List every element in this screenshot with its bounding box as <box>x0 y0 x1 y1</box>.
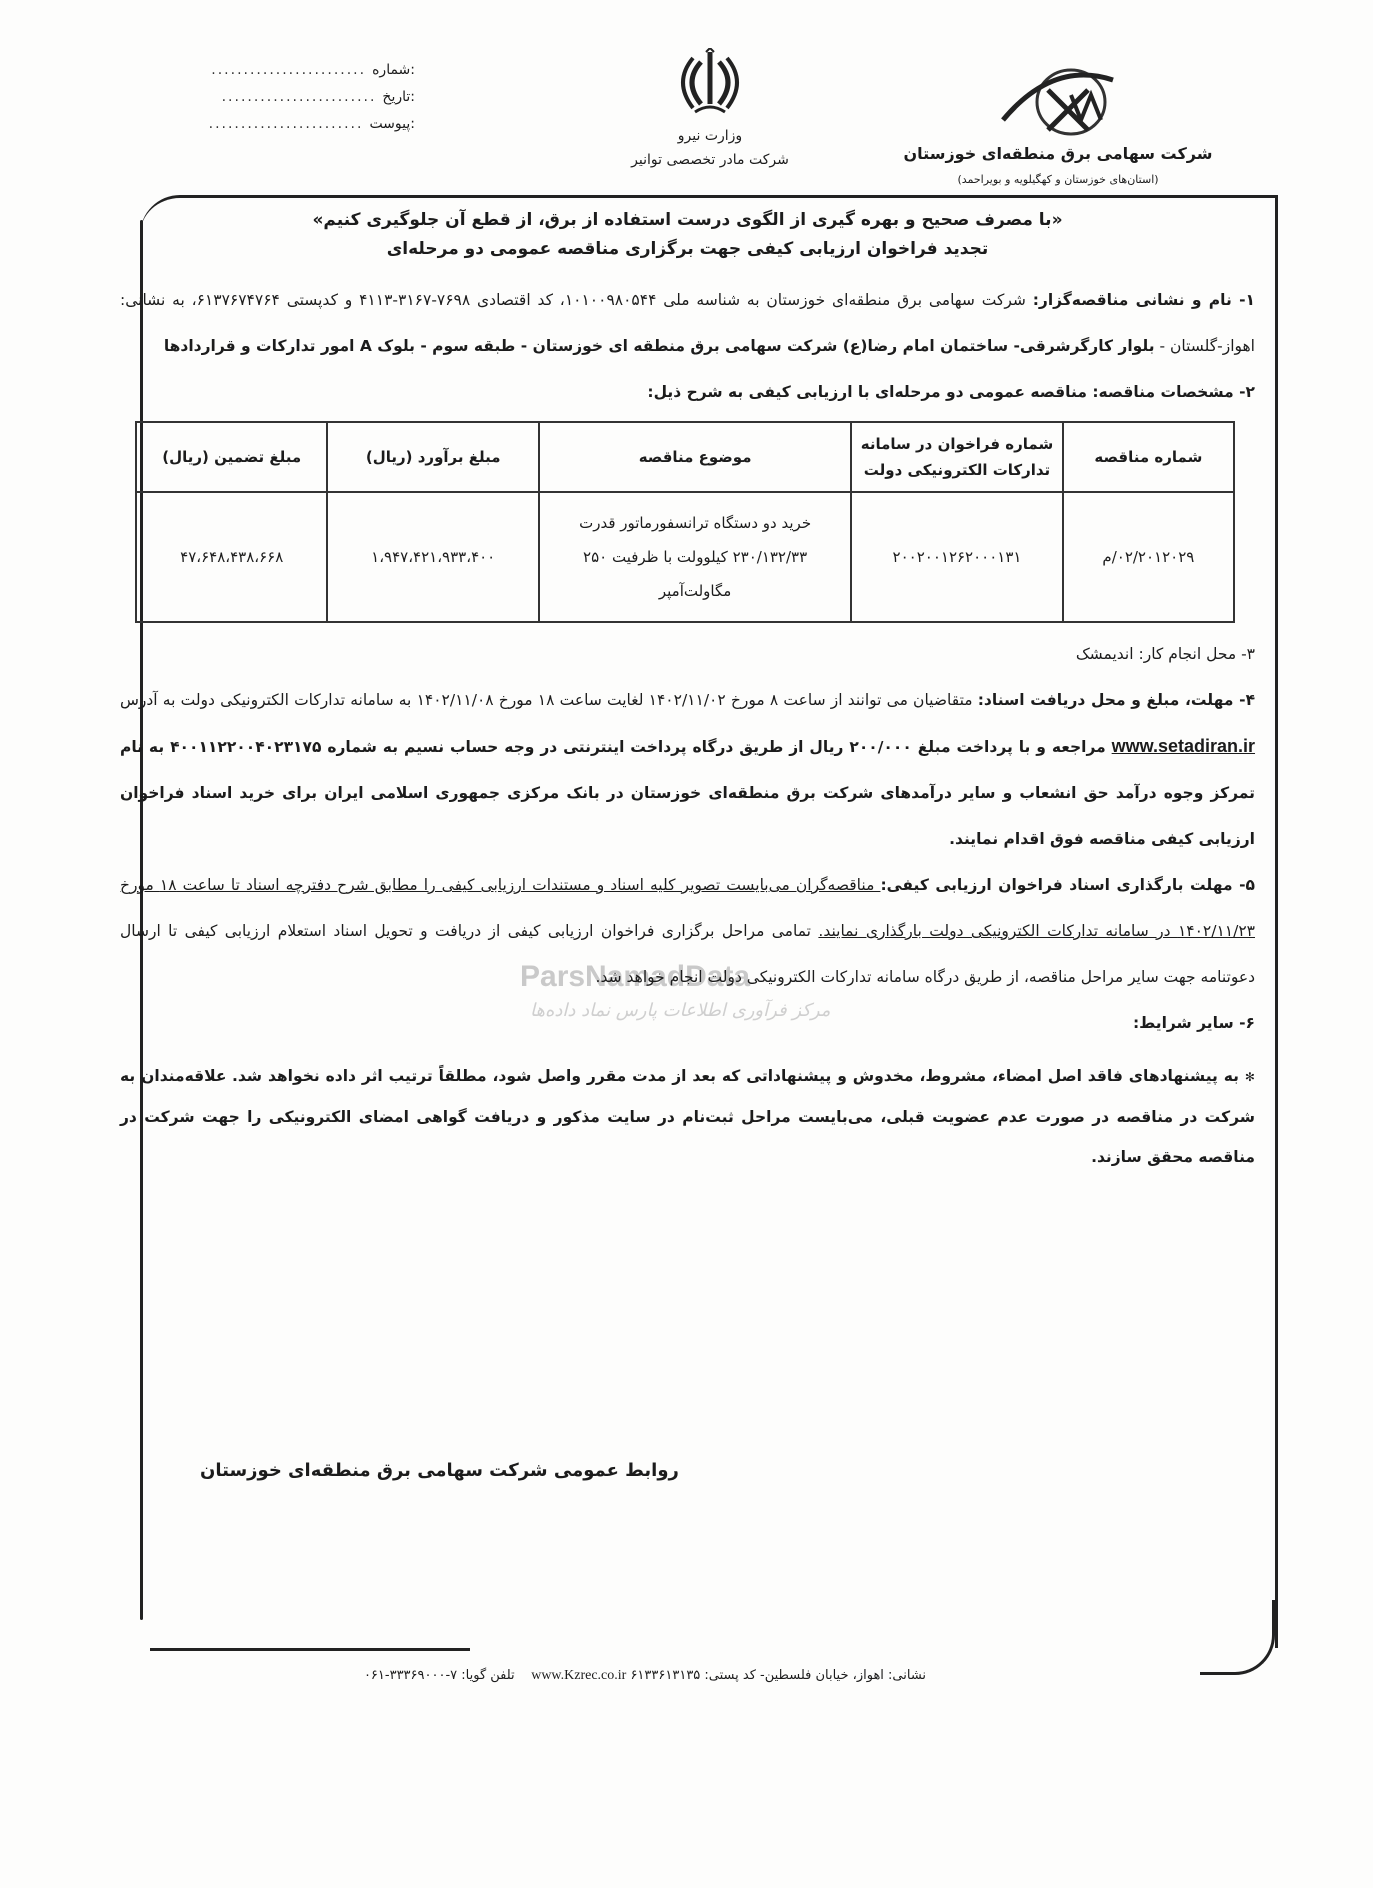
header-estimate: مبلغ برآورد (ریال) <box>327 422 539 492</box>
section-5-upload: ۵- مهلت بارگذاری اسناد فراخوان ارزیابی ک… <box>120 862 1255 1000</box>
guarantee-cell: ۴۷،۶۴۸،۴۳۸،۶۶۸ <box>136 492 327 622</box>
section-2-specs: ۲- مشخصات مناقصه: مناقصه عمومی دو مرحله‌… <box>120 369 1255 415</box>
header-subject: موضوع مناقصه <box>539 422 851 492</box>
page-title: تجدید فراخوان ارزیابی کیفی جهت برگزاری م… <box>120 235 1255 263</box>
letter-reference-fields: :شماره ........................ :تاریخ .… <box>175 62 415 143</box>
footer-contact: نشانی: اهواز، خیابان فلسطین- کد پستی: ۶۱… <box>245 1668 1045 1684</box>
iran-emblem-icon <box>679 48 741 120</box>
table-row: ۰۲/۲۰۱۲۰۲۹/م ۲۰۰۲۰۰۱۲۶۲۰۰۰۱۳۱ خرید دو دس… <box>136 492 1234 622</box>
footer-address: نشانی: اهواز، خیابان فلسطین- کد پستی: ۶۱… <box>630 1668 926 1683</box>
signature: روابط عمومی شرکت سهامی برق منطقه‌ای خوزس… <box>200 1460 679 1481</box>
call-number-cell: ۲۰۰۲۰۰۱۲۶۲۰۰۰۱۳۱ <box>851 492 1063 622</box>
tender-number-cell: ۰۲/۲۰۱۲۰۲۹/م <box>1063 492 1234 622</box>
footer-phone: تلفن گویا: ۷-۳۳۳۶۹۰۰۰-۰۶۱ <box>364 1668 515 1683</box>
khuzestan-power-logo-icon <box>993 60 1123 140</box>
header-call-number: شماره فراخوان در سامانه تدارکات الکترونی… <box>851 422 1063 492</box>
header-tender-number: شماره مناقصه <box>1063 422 1234 492</box>
setadiran-link[interactable]: www.setadiran.ir <box>1112 736 1255 756</box>
estimate-cell: ۱،۹۴۷،۴۲۱،۹۳۳،۴۰۰ <box>327 492 539 622</box>
header-guarantee: مبلغ تضمین (ریال) <box>136 422 327 492</box>
table-header-row: شماره مناقصه شماره فراخوان در سامانه تدا… <box>136 422 1234 492</box>
subject-cell: خرید دو دستگاه ترانسفورماتور قدرت ۲۳۰/۱۳… <box>539 492 851 622</box>
section-4-documents: ۴- مهلت، مبلغ و محل دریافت اسناد: متقاضی… <box>120 677 1255 862</box>
tender-notice-page: شرکت سهامی برق منطقه‌ای خوزستان (استان‌ه… <box>0 0 1373 1888</box>
frame-corner <box>1200 1600 1275 1675</box>
company-subtitle: (استان‌های خوزستان و کهگیلویه و بویراحمد… <box>893 173 1223 186</box>
attachment-field: :پیوست ........................ <box>175 116 415 132</box>
condition-item: ✻ به پیشنهادهای فاقد اصل امضاء، مشروط، م… <box>120 1056 1255 1177</box>
company-name: شرکت سهامی برق منطقه‌ای خوزستان <box>893 144 1223 163</box>
slogan: «با مصرف صحیح و بهره گیری از الگوی درست … <box>120 205 1255 235</box>
number-field: :شماره ........................ <box>175 62 415 78</box>
ministry-header: وزارت نیرو شرکت مادر تخصصی توانیر <box>620 48 800 168</box>
frame-divider-bottom-left <box>150 1648 470 1651</box>
parent-company: شرکت مادر تخصصی توانیر <box>620 152 800 168</box>
footer-website[interactable]: www.Kzrec.co.ir <box>531 1668 626 1683</box>
notice-body: «با مصرف صحیح و بهره گیری از الگوی درست … <box>120 205 1255 1177</box>
section-3-location: ۳- محل انجام کار: اندیمشک <box>120 631 1255 677</box>
section-1-tenderer: ۱- نام و نشانی مناقصه‌گزار: شرکت سهامی ب… <box>120 277 1255 369</box>
company-header: شرکت سهامی برق منطقه‌ای خوزستان (استان‌ه… <box>893 60 1223 186</box>
ministry-name: وزارت نیرو <box>620 128 800 144</box>
tender-table: شماره مناقصه شماره فراخوان در سامانه تدا… <box>135 421 1235 623</box>
asterisk-bullet-icon: ✻ <box>1245 1070 1255 1084</box>
section-6-conditions: ۶- سایر شرایط: <box>120 1000 1255 1046</box>
date-field: :تاریخ ........................ <box>175 89 415 105</box>
